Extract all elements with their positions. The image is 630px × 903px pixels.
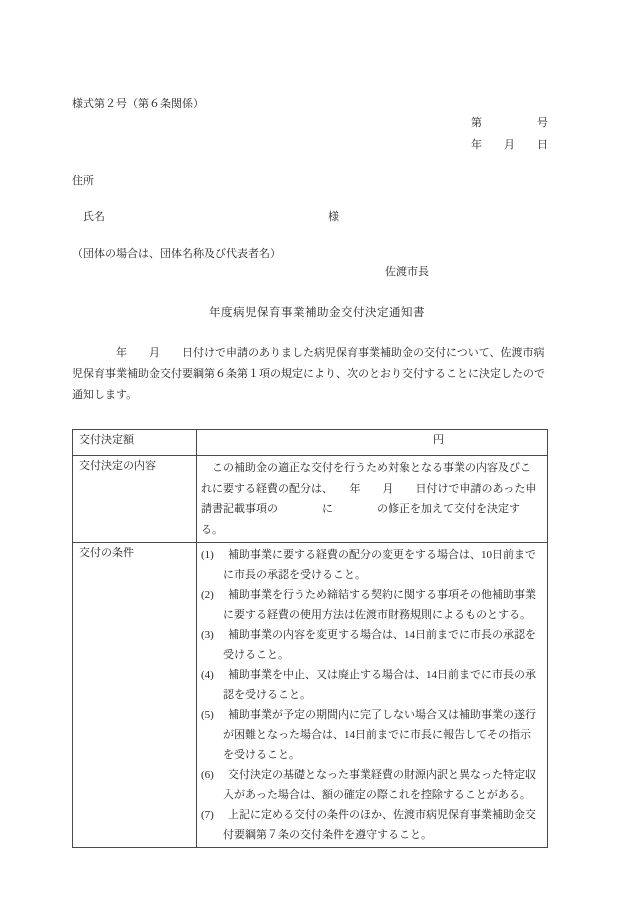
condition-item: (2)補助事業を行うため締結する契約に関する事項その他補助事業に要する経費の使用… bbox=[201, 585, 540, 625]
document-page: 様式第２号（第６条関係） 第 号 年 月 日 住所 氏名様 （団体の場合は、団体… bbox=[0, 0, 630, 903]
content-text: この補助金の適正な交付を行うため対象となる事業の内容及びこれに要する経費の配分は… bbox=[197, 456, 548, 543]
condition-text: 補助事業を中止、又は廃止する場合は、14日前までに市長の承認を受けること。 bbox=[223, 669, 536, 701]
sender-mayor: 佐渡市長 bbox=[72, 264, 548, 280]
document-title: 年度病児保育事業補助金交付決定通知書 bbox=[72, 305, 548, 321]
condition-item: (4)補助事業を中止、又は廃止する場合は、14日前までに市長の承認を受けること。 bbox=[201, 665, 540, 705]
condition-item: (5)補助事業が予定の期間内に完了しない場合又は補助事業の遂行が困難となった場合… bbox=[201, 705, 540, 765]
content-label: 交付決定の内容 bbox=[73, 456, 197, 543]
condition-number: (2) bbox=[201, 585, 228, 605]
form-number: 様式第２号（第６条関係） bbox=[72, 96, 548, 112]
amount-label: 交付決定額 bbox=[73, 430, 197, 456]
condition-item: (6)交付決定の基礎となった事業経費の財源内訳と異なった特定収入があった場合は、… bbox=[201, 765, 540, 805]
condition-text: 上記に定める交付の条件のほか、佐渡市病児保育事業補助金交付要綱第７条の交付条件を… bbox=[223, 809, 536, 841]
condition-item: (1)補助事業に要する経費の配分の変更をする場合は、10日前までに市長の承認を受… bbox=[201, 545, 540, 585]
condition-number: (5) bbox=[201, 705, 228, 725]
condition-text: 交付決定の基礎となった事業経費の財源内訳と異なった特定収入があった場合は、額の確… bbox=[223, 769, 536, 801]
address-label: 住所 bbox=[72, 173, 548, 189]
condition-item: (7)上記に定める交付の条件のほか、佐渡市病児保育事業補助金交付要綱第７条の交付… bbox=[201, 805, 540, 845]
condition-number: (3) bbox=[201, 625, 228, 645]
condition-number: (1) bbox=[201, 545, 228, 565]
row-content: 交付決定の内容 この補助金の適正な交付を行うため対象となる事業の内容及びこれに要… bbox=[73, 456, 548, 543]
conditions-list: (1)補助事業に要する経費の配分の変更をする場合は、10日前までに市長の承認を受… bbox=[197, 543, 548, 848]
row-conditions: 交付の条件 (1)補助事業に要する経費の配分の変更をする場合は、10日前までに市… bbox=[73, 543, 548, 848]
honorific-sama: 様 bbox=[328, 211, 339, 223]
condition-text: 補助事業の内容を変更する場合は、14日前までに市長の承認を受けること。 bbox=[223, 629, 536, 661]
condition-number: (7) bbox=[201, 805, 228, 825]
amount-value: 円 bbox=[197, 430, 548, 456]
decision-table: 交付決定額 円 交付決定の内容 この補助金の適正な交付を行うため対象となる事業の… bbox=[72, 429, 548, 848]
condition-number: (4) bbox=[201, 665, 228, 685]
body-paragraph: 年 月 日付けで申請のありました病児保育事業補助金の交付について、佐渡市病児保育… bbox=[72, 343, 548, 406]
condition-item: (3)補助事業の内容を変更する場合は、14日前までに市長の承認を受けること。 bbox=[201, 625, 540, 665]
condition-number: (6) bbox=[201, 765, 228, 785]
condition-text: 補助事業に要する経費の配分の変更をする場合は、10日前までに市長の承認を受けるこ… bbox=[223, 549, 536, 581]
org-note: （団体の場合は、団体名称及び代表者名） bbox=[72, 246, 548, 262]
row-amount: 交付決定額 円 bbox=[73, 430, 548, 456]
doc-number-line: 第 号 bbox=[72, 115, 548, 131]
name-label: 氏名 bbox=[83, 211, 105, 223]
date-line: 年 月 日 bbox=[72, 137, 548, 153]
condition-text: 補助事業を行うため締結する契約に関する事項その他補助事業に要する経費の使用方法は… bbox=[223, 589, 536, 621]
conditions-label: 交付の条件 bbox=[73, 543, 197, 848]
name-line: 氏名様 bbox=[72, 193, 548, 241]
condition-text: 補助事業が予定の期間内に完了しない場合又は補助事業の遂行が困難となった場合は、1… bbox=[223, 709, 536, 761]
